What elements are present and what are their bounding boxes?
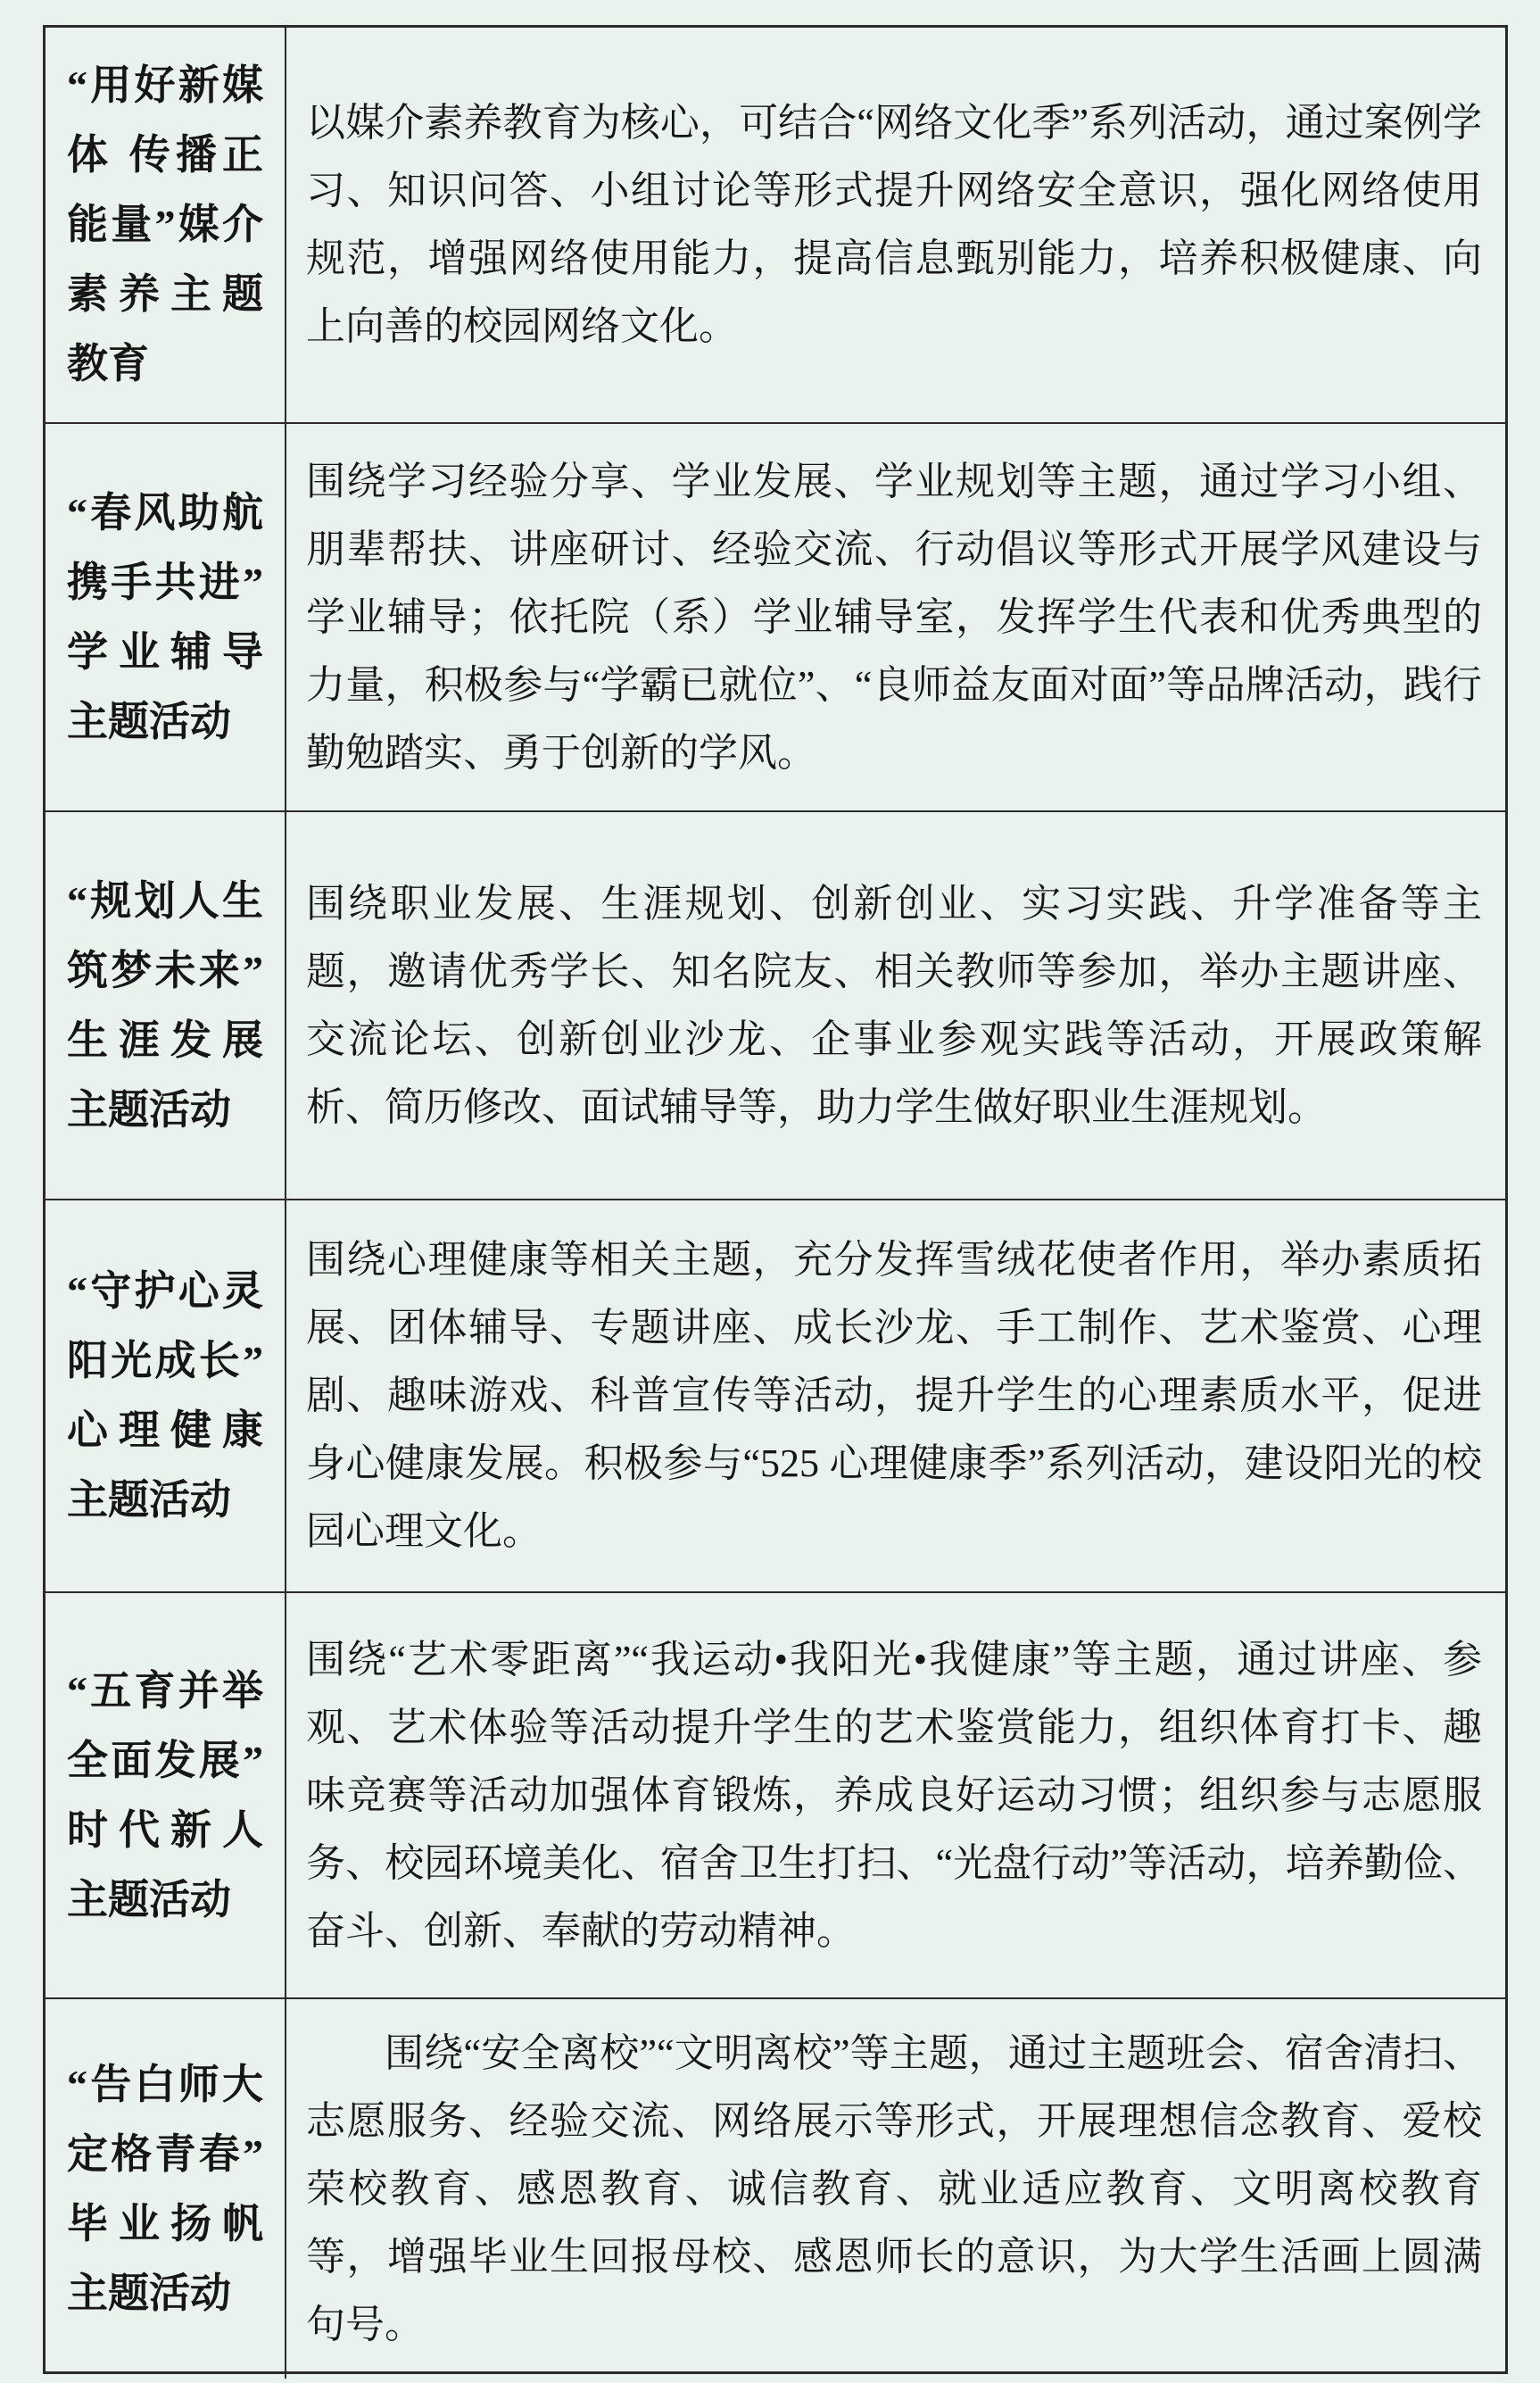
- activity-description-cell: 围绕学习经验分享、学业发展、学业规划等主题，通过学习小组、朋辈帮扶、讲座研讨、经…: [286, 424, 1505, 810]
- table-row: “用好新媒体 传播正能量”媒介素养主题教育 以媒介素养教育为核心，可结合“网络文…: [46, 28, 1505, 422]
- activity-description-cell: 围绕“安全离校”“文明离校”等主题，通过主题班会、宿舍清扫、志愿服务、经验交流、…: [286, 1999, 1505, 2379]
- activity-description-cell: 以媒介素养教育为核心，可结合“网络文化季”系列活动，通过案例学习、知识问答、小组…: [286, 28, 1505, 422]
- activity-description-cell: 围绕心理健康等相关主题，充分发挥雪绒花使者作用，举办素质拓展、团体辅导、专题讲座…: [286, 1200, 1505, 1591]
- activity-title-cell: “用好新媒体 传播正能量”媒介素养主题教育: [46, 28, 286, 422]
- activity-title: “告白师大 定格青春”毕业扬帆主题活动: [67, 2050, 263, 2329]
- activity-description-cell: 围绕“艺术零距离”“我运动•我阳光•我健康”等主题，通过讲座、参观、艺术体验等活…: [286, 1593, 1505, 1997]
- activity-title-cell: “春风助航 携手共进”学业辅导主题活动: [46, 424, 286, 810]
- activity-description-cell: 围绕职业发展、生涯规划、创新创业、实习实践、升学准备等主题，邀请优秀学长、知名院…: [286, 812, 1505, 1199]
- table-row: “告白师大 定格青春”毕业扬帆主题活动 围绕“安全离校”“文明离校”等主题，通过…: [46, 1997, 1505, 2379]
- activity-title-cell: “规划人生 筑梦未来”生涯发展主题活动: [46, 812, 286, 1199]
- activity-description: 围绕学习经验分享、学业发展、学业规划等主题，通过学习小组、朋辈帮扶、讲座研讨、经…: [306, 448, 1482, 787]
- table-row: “春风助航 携手共进”学业辅导主题活动 围绕学习经验分享、学业发展、学业规划等主…: [46, 422, 1505, 810]
- activity-description: 围绕“安全离校”“文明离校”等主题，通过主题班会、宿舍清扫、志愿服务、经验交流、…: [306, 2020, 1482, 2359]
- activity-description: 围绕“艺术零距离”“我运动•我阳光•我健康”等主题，通过讲座、参观、艺术体验等活…: [306, 1626, 1482, 1965]
- activity-description: 围绕职业发展、生涯规划、创新创业、实习实践、升学准备等主题，邀请优秀学长、知名院…: [306, 870, 1482, 1142]
- table-row: “规划人生 筑梦未来”生涯发展主题活动 围绕职业发展、生涯规划、创新创业、实习实…: [46, 810, 1505, 1199]
- activity-title: “用好新媒体 传播正能量”媒介素养主题教育: [67, 51, 263, 399]
- activity-title: “守护心灵 阳光成长”心理健康主题活动: [67, 1257, 263, 1535]
- activity-title-cell: “五育并举 全面发展”时代新人主题活动: [46, 1593, 286, 1997]
- activity-description: 围绕心理健康等相关主题，充分发挥雪绒花使者作用，举办素质拓展、团体辅导、专题讲座…: [306, 1226, 1482, 1565]
- activity-title: “规划人生 筑梦未来”生涯发展主题活动: [67, 867, 263, 1145]
- table-row: “守护心灵 阳光成长”心理健康主题活动 围绕心理健康等相关主题，充分发挥雪绒花使…: [46, 1199, 1505, 1591]
- document-page: { "colors": { "background": "#e9f2ec", "…: [0, 0, 1540, 2383]
- activity-title-cell: “告白师大 定格青春”毕业扬帆主题活动: [46, 1999, 286, 2379]
- activities-table: “用好新媒体 传播正能量”媒介素养主题教育 以媒介素养教育为核心，可结合“网络文…: [43, 25, 1508, 2374]
- activity-title-cell: “守护心灵 阳光成长”心理健康主题活动: [46, 1200, 286, 1591]
- table-row: “五育并举 全面发展”时代新人主题活动 围绕“艺术零距离”“我运动•我阳光•我健…: [46, 1591, 1505, 1997]
- activity-title: “春风助航 携手共进”学业辅导主题活动: [67, 478, 263, 757]
- activity-title: “五育并举 全面发展”时代新人主题活动: [67, 1656, 263, 1935]
- activity-description: 以媒介素养教育为核心，可结合“网络文化季”系列活动，通过案例学习、知识问答、小组…: [306, 89, 1482, 361]
